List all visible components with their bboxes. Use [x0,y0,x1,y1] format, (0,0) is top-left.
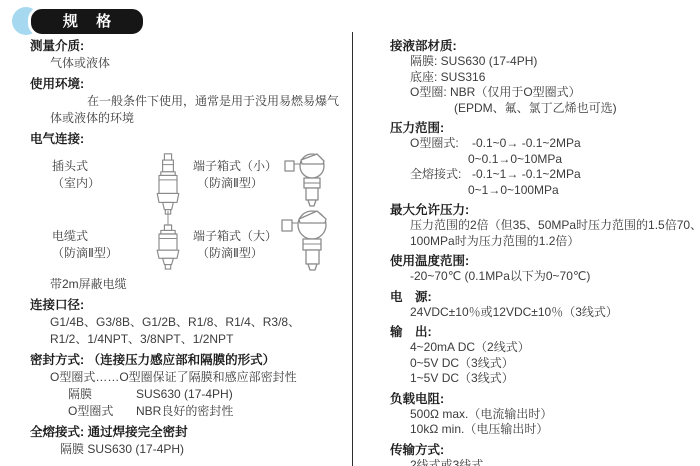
max-pressure-line1: 压力范围的2倍（但35、50MPa时压力范围的1.5倍70、 [390,218,698,234]
welded-type-title: 全熔接式: 通过焊接完全密封 [30,423,350,441]
terminal-box-small-icon [282,150,334,210]
load-resistance-line1: 500Ω max.（电流输出时） [390,407,698,423]
output-line3: 1~5V DC（3线式） [390,371,698,387]
environment-title: 使用环境: [30,75,350,93]
sealing-diaphragm-line: 隔膜SUS630 (17-4PH) [30,386,350,403]
max-pressure-line2: 100MPa时为压力范围的1.2倍） [390,234,698,250]
port-size-line1: G1/4B、G3/8B、G1/2B、R1/8、R1/4、R3/8、 [30,314,350,331]
max-pressure-title: 最大允许压力: [390,202,698,218]
cable-connector-drawing [150,210,186,276]
pressure-welded-value2: 0~1→0~100MPa [390,183,698,199]
pressure-oring-label: O型圈式: [410,136,472,152]
pressure-oring-value1: -0.1~0→ -0.1~2MPa [472,136,581,150]
connector-label-cable: 电缆式 （防滴Ⅱ型） [52,228,118,262]
connector-subname: （防滴Ⅱ型） [193,175,277,192]
wetted-line4: (EPDM、氟、氯丁乙烯也可选) [390,101,698,117]
power-supply-title: 电 源: [390,289,698,305]
wetted-line1: 隔膜: SUS630 (17-4PH) [390,54,698,70]
connector-name: 电缆式 [52,228,118,245]
environment-line2: 体或液体的环境 [30,110,350,127]
terminal-box-small-drawing [282,150,334,210]
output-line1: 4~20mA DC（2线式） [390,340,698,356]
temperature-range-title: 使用温度范围: [390,253,698,269]
electrical-connection-title: 电气连接: [30,130,350,148]
port-size-line2: R1/2、1/4NPT、3/8NPT、1/2NPT [30,331,350,348]
power-supply-line1: 24VDC±10％或12VDC±10％（3线式） [390,305,698,321]
transmission-title: 传输方式: [390,442,698,458]
transmission-line1: 2线式或3线式 [390,458,698,466]
connector-subname: （室内） [52,175,100,192]
sealing-line1: O型圈式……O型圈保证了隔膜和感应部密封性 [30,369,350,386]
port-size-title: 连接口径: [30,296,350,314]
pressure-oring-line: O型圈式:-0.1~0→ -0.1~2MPa [390,136,698,152]
load-resistance-title: 负载电阻: [390,391,698,407]
pressure-welded-label: 全熔接式: [410,167,472,183]
output-line2: 0~5V DC（3线式） [390,356,698,372]
connector-name: 端子箱式（小） [193,158,277,175]
terminal-box-large-drawing [280,208,336,274]
spec-sheet-page: 规 格 测量介质: 气体或液体 使用环境: 在一般条件下使用，通常是用于没用易燃… [0,0,700,466]
sealing-oring-line: O型圈式NBR良好的密封性 [30,403,350,420]
load-resistance-line2: 10kΩ min.（电压输出时） [390,422,698,438]
connector-label-terminal-large: 端子箱式（大） （防滴Ⅱ型） [193,228,277,262]
terminal-box-large-icon [280,208,336,274]
cable-connector-icon [150,210,186,276]
column-divider [352,32,353,466]
connector-label-terminal-small: 端子箱式（小） （防滴Ⅱ型） [193,158,277,192]
section-badge-title: 规 格 [28,6,146,37]
pressure-range-title: 压力范围: [390,120,698,136]
wetted-line2: 底座: SUS316 [390,70,698,86]
sealing-diaphragm-value: SUS630 (17-4PH) [136,387,233,401]
environment-line1: 在一般条件下使用，通常是用于没用易燃易爆气 [30,93,350,110]
sealing-method-title: 密封方式: （连接压力感应部和隔膜的形式） [30,351,350,369]
connector-name: 端子箱式（大） [193,228,277,245]
sealing-oring-value: NBR良好的密封性 [136,404,233,418]
connector-subname: （防滴Ⅱ型） [52,245,118,262]
measuring-medium-value: 气体或液体 [30,55,350,72]
shield-cable-note: 带2m屏蔽电缆 [30,276,350,293]
pressure-welded-value1: -0.1~1→ -0.1~2MPa [472,167,581,181]
temperature-line1: -20~70℃ (0.1MPa以下为0~70℃) [390,269,698,285]
connector-grid: 插头式 （室内） 端子箱式（小） （防滴Ⅱ型） [30,148,350,276]
connector-label-plug: 插头式 （室内） [52,158,100,192]
pressure-oring-value2: 0~0.1→0~10MPa [390,152,698,168]
measuring-medium-title: 测量介质: [30,37,350,55]
wetted-parts-title: 接液部材质: [390,38,698,54]
sealing-oring-label: O型圈式 [68,403,136,420]
output-title: 输 出: [390,324,698,340]
right-column: 接液部材质: 隔膜: SUS630 (17-4PH) 底座: SUS316 O型… [390,34,698,466]
connector-subname: （防滴Ⅱ型） [193,245,277,262]
sealing-diaphragm-label: 隔膜 [68,386,136,403]
left-column: 测量介质: 气体或液体 使用环境: 在一般条件下使用，通常是用于没用易燃易爆气 … [30,34,350,458]
connector-name: 插头式 [52,158,100,175]
welded-line1: 隔膜 SUS630 (17-4PH) [30,441,350,458]
pressure-welded-line: 全熔接式:-0.1~1→ -0.1~2MPa [390,167,698,183]
wetted-line3: O型圈: NBR（仅用于O型圈式） [390,85,698,101]
